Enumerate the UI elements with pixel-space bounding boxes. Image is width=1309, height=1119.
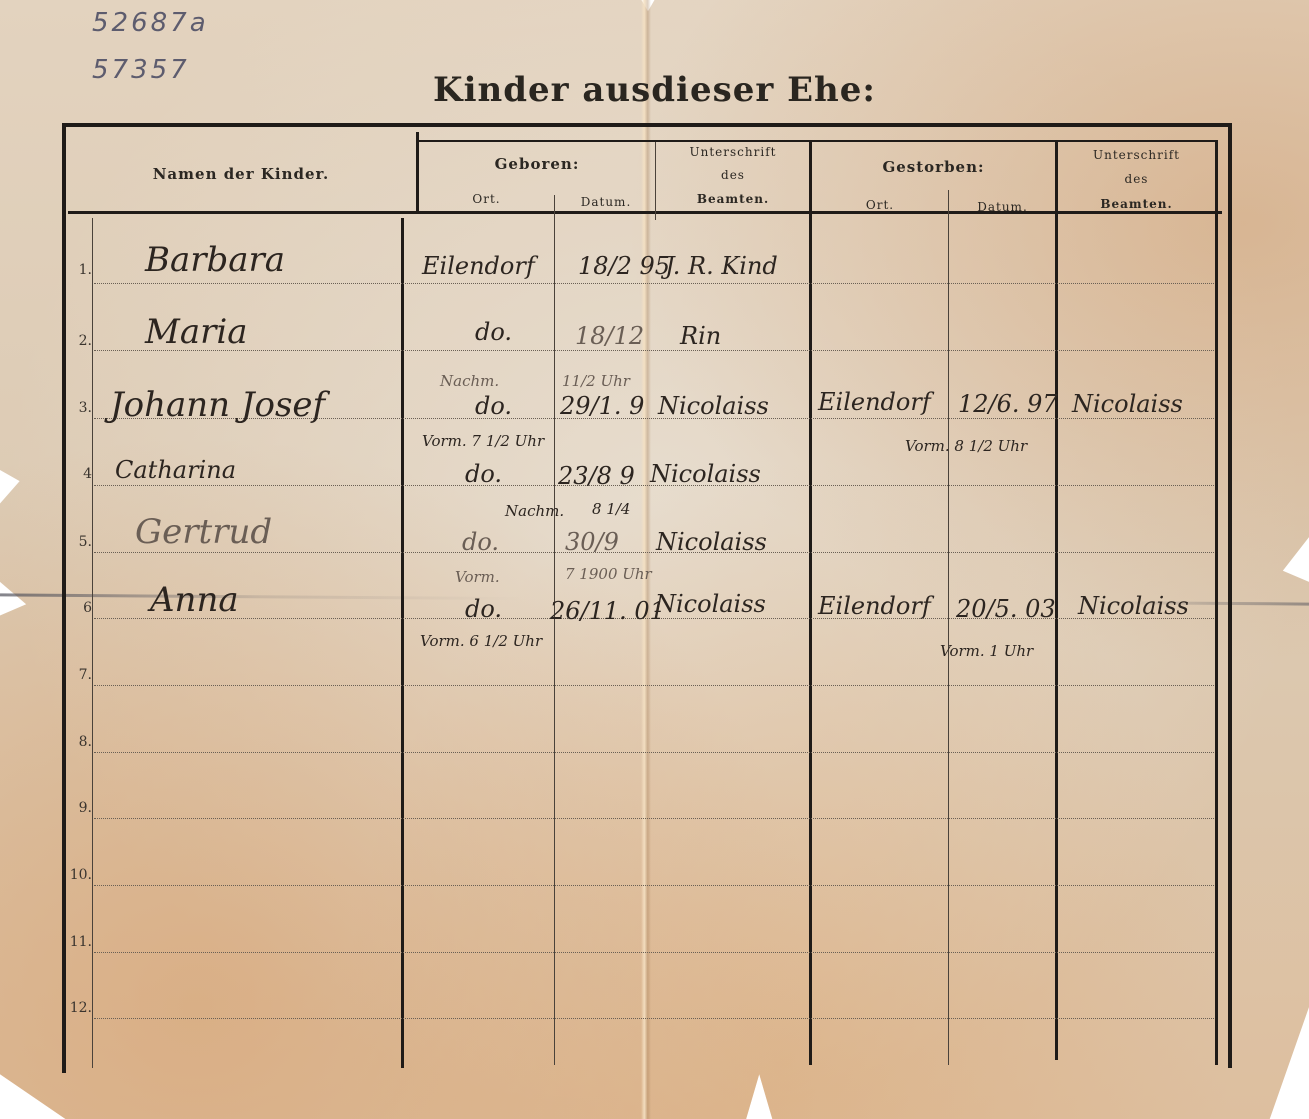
born-date: 26/11. 01 xyxy=(550,597,665,625)
row-number: 11. xyxy=(64,934,92,950)
child-name: Maria xyxy=(145,312,247,352)
header-signature-1-line1: Unterschrift xyxy=(657,145,809,159)
died-place: Eilendorf xyxy=(818,388,931,416)
born-date: 18/2 95 xyxy=(578,252,670,280)
born-place: do. xyxy=(465,595,502,623)
official-signature: J. R. Kind xyxy=(665,252,778,280)
page-title: Kinder ausdieser Ehe: xyxy=(0,70,1309,110)
born-date: 23/8 9 xyxy=(558,462,635,490)
official-signature: Nicolaiss xyxy=(656,528,767,556)
born-time: Vorm. 7 1/2 Uhr xyxy=(422,432,544,450)
row-number: 7. xyxy=(64,667,92,683)
born-place: do. xyxy=(475,392,512,420)
official-signature: Rin xyxy=(680,322,721,350)
child-name: Gertrud xyxy=(135,512,272,552)
born-place: do. xyxy=(465,460,502,488)
row-number: 4 xyxy=(64,466,92,482)
child-name: Catharina xyxy=(115,456,236,484)
born-date: 30/9 xyxy=(565,528,619,556)
row-number: 8. xyxy=(64,734,92,750)
header-signature-1-line2: des xyxy=(657,168,809,182)
born-time-note: Nachm. xyxy=(440,372,499,390)
died-time: Vorm. 1 Uhr xyxy=(940,642,1033,660)
born-date-note: 8 1/4 xyxy=(592,500,630,518)
header-died-date: Datum. xyxy=(950,200,1055,214)
born-date-note: 7 1900 Uhr xyxy=(565,565,652,583)
header-signature-1-line3: Beamten. xyxy=(657,192,809,206)
row-number: 9. xyxy=(64,800,92,816)
header-signature-2-line3: Beamten. xyxy=(1058,197,1215,211)
child-name: Johann Josef xyxy=(110,385,325,425)
row-number: 12. xyxy=(64,1000,92,1016)
header-died: Gestorben: xyxy=(812,158,1055,176)
header-signature-2-line1: Unterschrift xyxy=(1058,148,1215,162)
header-born-place: Ort. xyxy=(419,192,554,206)
born-place: do. xyxy=(475,318,512,346)
row-number: 2. xyxy=(64,333,92,349)
born-place: Eilendorf xyxy=(422,252,535,280)
died-signature: Nicolaiss xyxy=(1072,390,1183,418)
archive-number-1: 52687a xyxy=(92,8,209,38)
row-number: 1. xyxy=(64,262,92,278)
died-date: 20/5. 03 xyxy=(956,595,1056,623)
row-number: 3. xyxy=(64,400,92,416)
row-number: 6 xyxy=(64,600,92,616)
official-signature: Nicolaiss xyxy=(658,392,769,420)
died-date: 12/6. 97 xyxy=(958,390,1058,418)
born-date: 18/12 xyxy=(575,322,644,350)
died-place: Eilendorf xyxy=(818,592,931,620)
header-died-place: Ort. xyxy=(812,198,948,212)
born-place: do. xyxy=(462,528,499,556)
official-signature: Nicolaiss xyxy=(650,460,761,488)
born-date: 29/1. 9 xyxy=(560,392,644,420)
row-number: 5. xyxy=(64,534,92,550)
born-time-note: Vorm. xyxy=(455,568,500,586)
header-born: Geboren: xyxy=(419,155,655,173)
header-names: Namen der Kinder. xyxy=(66,165,416,183)
official-signature: Nicolaiss xyxy=(655,590,766,618)
died-time: Vorm. 8 1/2 Uhr xyxy=(905,437,1027,455)
born-date-note: 11/2 Uhr xyxy=(562,372,630,390)
child-name: Barbara xyxy=(145,240,285,280)
row-number: 10. xyxy=(64,867,92,883)
born-time-note: Nachm. xyxy=(505,502,564,520)
died-signature: Nicolaiss xyxy=(1078,592,1189,620)
born-time: Vorm. 6 1/2 Uhr xyxy=(420,632,542,650)
header-signature-2-line2: des xyxy=(1058,172,1215,186)
child-name: Anna xyxy=(150,580,239,620)
header-born-date: Datum. xyxy=(556,195,656,209)
